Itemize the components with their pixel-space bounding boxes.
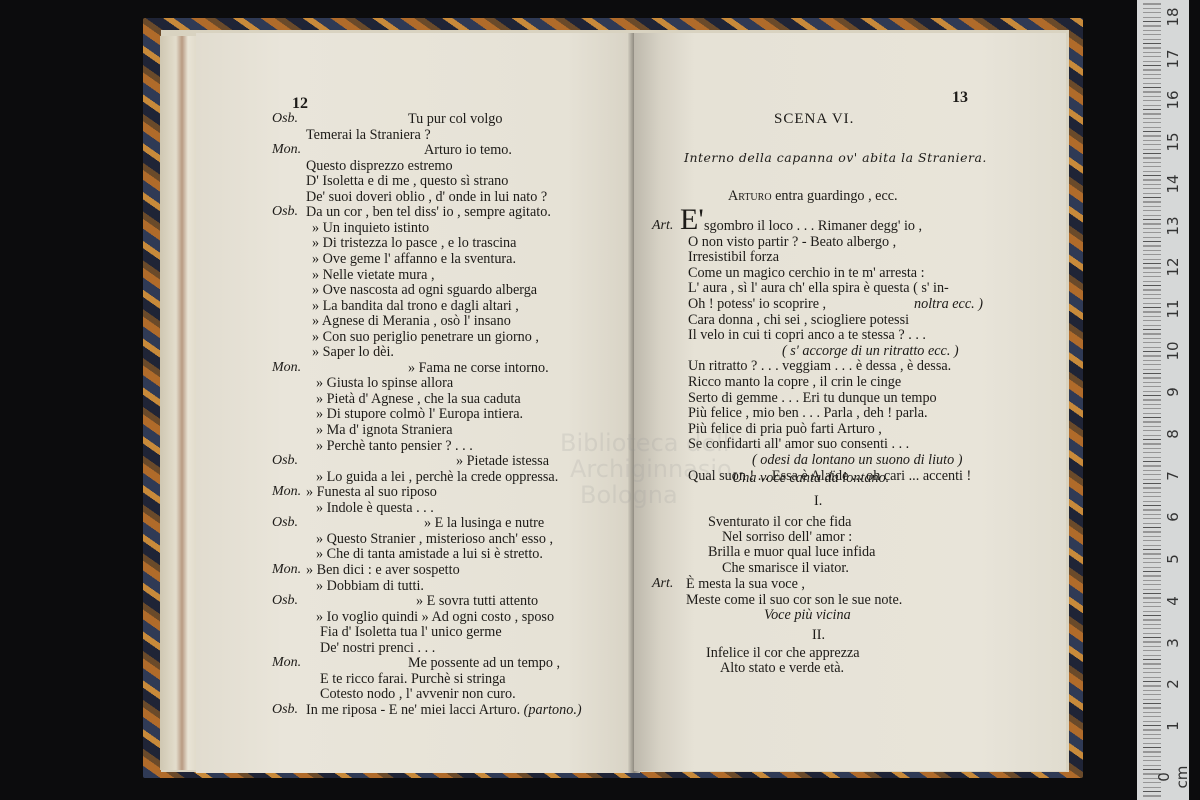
scene-setting: Interno della capanna ov' abita la Stran… <box>684 150 987 165</box>
speaker-label: Osb. <box>272 593 298 609</box>
verse-line: L' aura , sì l' aura ch' ella spira è qu… <box>688 280 949 296</box>
character-name: Arturo <box>728 188 772 204</box>
watermark-line: Archiginnasio <box>570 456 736 482</box>
measurement-ruler: 1817161514131211109876543210 cm <box>1137 0 1189 800</box>
verse-line: » Dobbiam di tutti. <box>316 578 424 594</box>
song-line: Infelice il cor che apprezza <box>706 645 860 661</box>
speaker-label: Mon. <box>272 655 301 671</box>
speaker-label: Mon. <box>272 360 301 376</box>
verse-line: » Questo Stranier , misterioso anch' ess… <box>316 531 553 547</box>
drop-cap: E' <box>680 205 704 235</box>
stage-direction: (partono.) <box>520 702 581 718</box>
verse-line: » Ma d' ignota Straniera <box>316 422 453 438</box>
verse-line: » Che di tanta amistade a lui si è stret… <box>316 546 543 562</box>
verse-line: Me possente ad un tempo , <box>408 655 560 671</box>
speaker-label: Osb. <box>272 515 298 531</box>
right-page: 13 SCENA VI. Interno della capanna ov' a… <box>634 33 1066 771</box>
verse-line: » Di stupore colmò l' Europa intiera. <box>316 406 523 422</box>
stanza-number: I. <box>814 493 822 509</box>
verse-line: » Io voglio quindi » Ad ogni costo , spo… <box>316 609 554 625</box>
verse-line: De' suoi doveri oblio , d' onde in lui n… <box>306 189 547 205</box>
verse-line: » Ove geme l' affanno e la sventura. <box>312 251 516 267</box>
ruler-label: 7 <box>1164 462 1182 490</box>
ruler-label: 3 <box>1164 629 1182 657</box>
entrance-text: entra guardingo , ecc. <box>772 188 898 204</box>
verse-line: » E la lusinga e nutre <box>424 515 544 531</box>
verse-line: Cotesto nodo , l' avvenir non curo. <box>320 686 516 702</box>
song-intro: Una voce canta da lontano. <box>732 470 889 486</box>
verse-line: » Con suo periglio penetrare un giorno , <box>312 329 539 345</box>
verse-line: D' Isoletta e di me , questo sì strano <box>306 173 508 189</box>
song-line: Sventurato il cor che fida <box>708 514 851 530</box>
speaker-label: Osb. <box>272 453 298 469</box>
scene-title: SCENA VI. <box>774 111 854 128</box>
stage-direction: ( odesi da lontano un suono di liuto ) <box>752 452 962 468</box>
left-page: 12 Osb.Tu pur col volgoTemerai la Strani… <box>196 33 632 773</box>
verse-line: » Di tristezza lo pasce , e lo trascina <box>312 235 516 251</box>
verse-line: » La bandita dal trono e dagli altari , <box>312 298 519 314</box>
verse-line: E te ricco farai. Purchè si stringa <box>320 671 506 687</box>
verse-line: » Perchè tanto pensier ? . . . <box>316 438 473 454</box>
verse-line: » Agnese di Merania , osò l' insano <box>312 313 511 329</box>
verse-line: » Ben dici : e aver sospetto <box>306 562 460 578</box>
verse-line: » Pietade istessa <box>456 453 549 469</box>
verse-line: Tu pur col volgo <box>408 111 502 127</box>
speaker-label: Osb. <box>272 702 298 718</box>
verse-line: Da un cor , ben tel diss' io , sempre ag… <box>306 204 551 220</box>
watermark-line: Biblioteca dell' <box>560 430 736 456</box>
ruler-label: 11 <box>1164 295 1182 323</box>
page-number-right: 13 <box>952 89 968 107</box>
verse-line: Meste come il suo cor son le sue note. <box>686 592 902 608</box>
verse-line: È mesta la sua voce , <box>686 576 805 592</box>
ruler-label: 5 <box>1164 545 1182 573</box>
stage-direction: Voce più vicina <box>764 607 851 623</box>
verse-line: O non visto partir ? - Beato albergo , <box>688 234 896 250</box>
speaker-label: Osb. <box>272 111 298 127</box>
verse-line: » Fama ne corse intorno. <box>408 360 549 376</box>
stage-direction: noltra ecc. ) <box>914 296 983 312</box>
ruler-label: 14 <box>1164 170 1182 198</box>
verse-line: » Un inquieto istinto <box>312 220 429 236</box>
speaker-label: Mon. <box>272 142 301 158</box>
verse-line: Cara donna , chi sei , sciogliere potess… <box>688 312 909 328</box>
verse-line: » E sovra tutti attento <box>416 593 538 609</box>
ruler-label: 1 <box>1164 712 1182 740</box>
ruler-label: 12 <box>1164 253 1182 281</box>
verse-line: » Nelle vietate mura , <box>312 267 435 283</box>
verse-line: Il velo in cui ti copri anco a te stessa… <box>688 327 926 343</box>
verse-line: » Funesta al suo riposo <box>306 484 437 500</box>
verse-line: sgombro il loco . . . Rimaner degg' io , <box>704 218 922 234</box>
watermark-line: Bologna <box>580 482 736 508</box>
verse-line: » Saper lo dèi. <box>312 344 394 360</box>
verse-line: Più felice , mio ben . . . Parla , deh !… <box>688 405 928 421</box>
verse-line: » Pietà d' Agnese , che la sua caduta <box>316 391 521 407</box>
speaker-label: Osb. <box>272 204 298 220</box>
page-block-edge <box>160 36 200 770</box>
verse-line: Serto di gemme . . . Eri tu dunque un te… <box>688 390 937 406</box>
verse-line: Fia d' Isoletta tua l' unico germe <box>320 624 502 640</box>
speaker-label: Art. <box>652 218 673 234</box>
speaker-label: Art. <box>652 576 673 592</box>
ruler-label: 10 <box>1164 337 1182 365</box>
speaker-label: Mon. <box>272 562 301 578</box>
library-watermark: Biblioteca dell'ArchiginnasioBologna <box>560 430 736 508</box>
verse-line: » Ove nascosta ad ogni sguardo alberga <box>312 282 537 298</box>
verse-line: De' nostri prenci . . . <box>320 640 435 656</box>
stage-direction-entrance: Arturo entra guardingo , ecc. <box>728 188 898 204</box>
ruler-label: 6 <box>1164 503 1182 531</box>
verse-line: Irresistibil forza <box>688 249 779 265</box>
verse-line: Come un magico cerchio in te m' arresta … <box>688 265 925 281</box>
verse-line: » Lo guida a lei , perchè la crede oppre… <box>316 469 558 485</box>
stanza-number: II. <box>812 627 825 643</box>
speaker-label: Mon. <box>272 484 301 500</box>
verse-line: Temerai la Straniera ? <box>306 127 431 143</box>
ruler-label: 15 <box>1164 128 1182 156</box>
song-line: Che smarisce il viator. <box>722 560 849 576</box>
ruler-label: 8 <box>1164 420 1182 448</box>
ruler-label: 0 cm <box>1155 763 1191 791</box>
verse-line: Ricco manto la copre , il crin le cinge <box>688 374 901 390</box>
verse-line: In me riposa - E ne' miei lacci Arturo. … <box>306 702 582 718</box>
ruler-label: 16 <box>1164 86 1182 114</box>
verse-line: Un ritratto ? . . . veggiam . . . è dess… <box>688 358 951 374</box>
stage-direction: ( s' accorge di un ritratto ecc. ) <box>782 343 959 359</box>
ruler-label: 18 <box>1164 3 1182 31</box>
song-line: Brilla e muor qual luce infida <box>708 544 875 560</box>
ruler-label: 9 <box>1164 378 1182 406</box>
song-line: Nel sorriso dell' amor : <box>722 529 852 545</box>
verse-line: » Indole è questa . . . <box>316 500 434 516</box>
ruler-label: 17 <box>1164 45 1182 73</box>
verse-line: Oh ! potess' io scoprire , <box>688 296 826 312</box>
verse-line: Arturo io temo. <box>424 142 512 158</box>
verse-line: Questo disprezzo estremo <box>306 158 453 174</box>
ruler-label: 4 <box>1164 587 1182 615</box>
ruler-label: 2 <box>1164 670 1182 698</box>
song-line: Alto stato e verde età. <box>720 660 844 676</box>
verse-line: » Giusta lo spinse allora <box>316 375 453 391</box>
ruler-label: 13 <box>1164 212 1182 240</box>
